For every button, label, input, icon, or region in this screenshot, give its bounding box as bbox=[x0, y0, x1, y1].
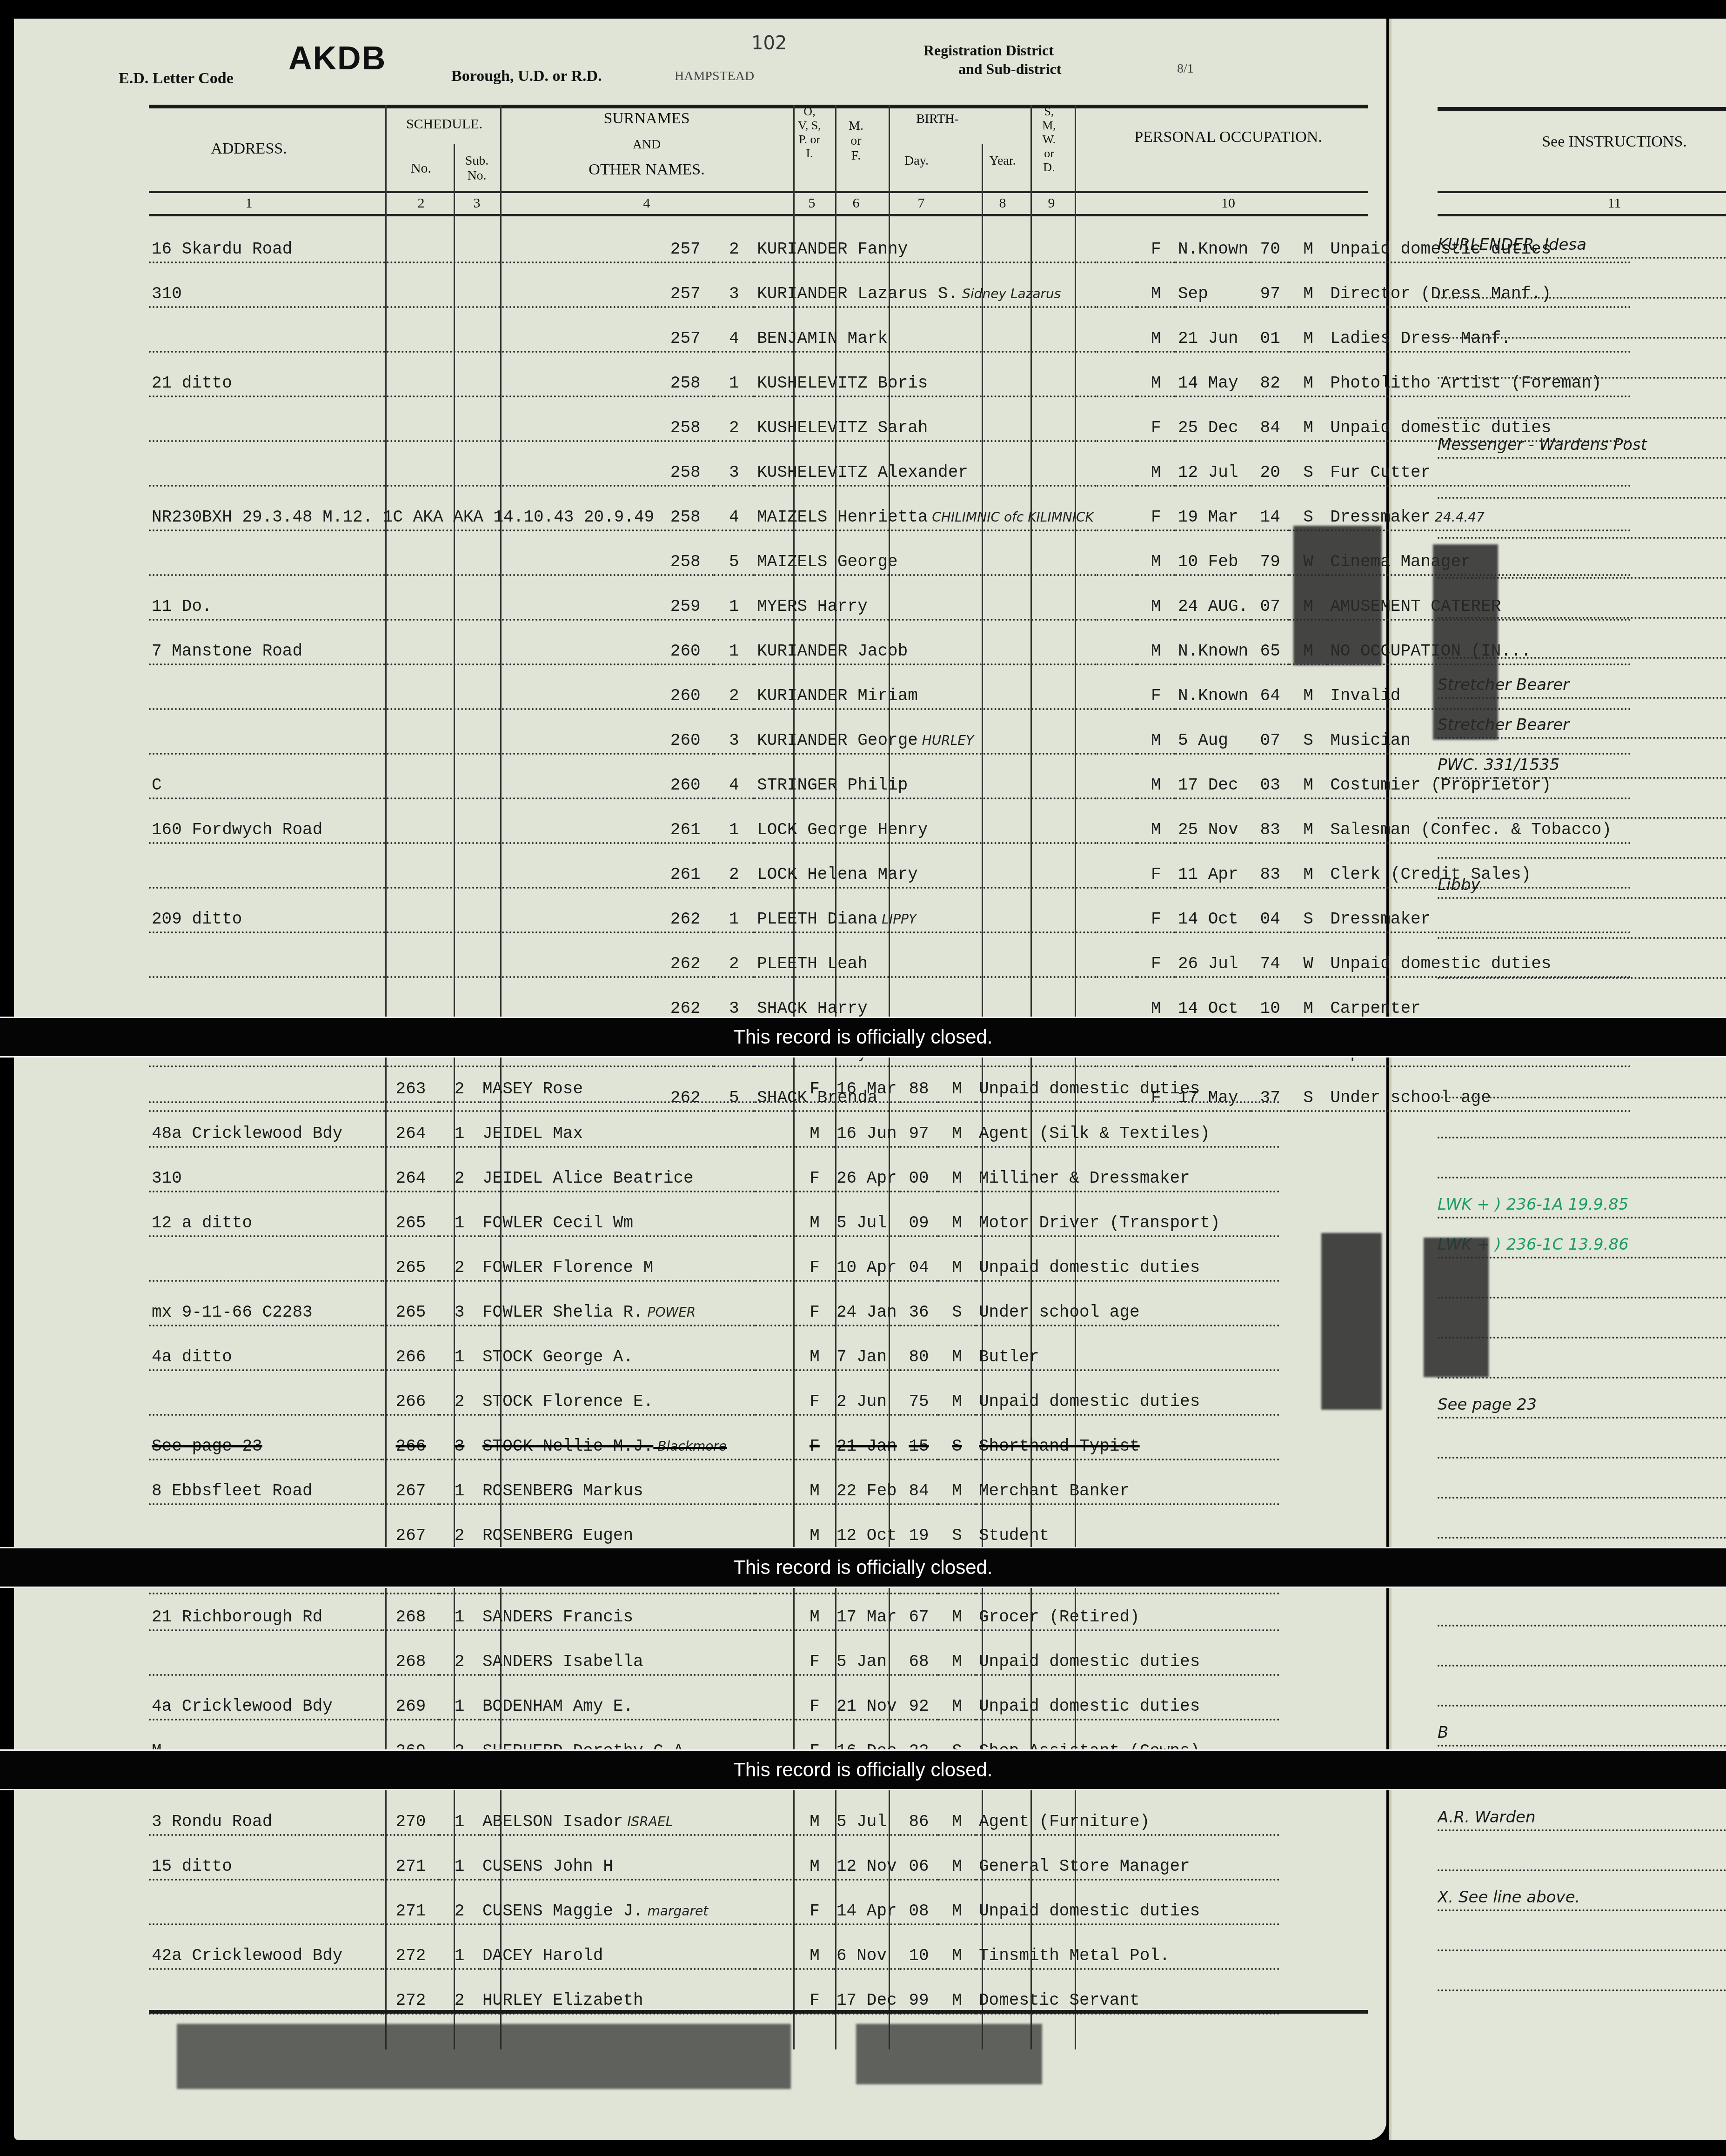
birth-year-cell: 67 bbox=[900, 1587, 938, 1630]
instructions-cell bbox=[1438, 1951, 1726, 1991]
colnum-11: 11 bbox=[1517, 195, 1712, 211]
name-cell: KURIANDER Fanny bbox=[754, 219, 1097, 262]
ovspi-cell bbox=[1097, 486, 1137, 530]
register-block-1: 16 Skardu Road2572KURIANDER FannyFN.Know… bbox=[149, 219, 1631, 1112]
birth-day-cell: 25 Dec bbox=[1175, 396, 1251, 441]
address-cell: 12 a ditto bbox=[149, 1192, 382, 1236]
col-occupation: PERSONAL OCCUPATION. bbox=[1089, 128, 1368, 146]
occupation-text: Dressmaker bbox=[1330, 910, 1431, 929]
birth-year-cell: 36 bbox=[900, 1281, 938, 1326]
register-row: 2662STOCK Florence E.F2 Jun75MUnpaid dom… bbox=[149, 1370, 1279, 1415]
occupation-text: Unpaid domestic duties bbox=[979, 1392, 1200, 1411]
marital-cell: S bbox=[938, 1415, 976, 1460]
ovspi-cell bbox=[1097, 709, 1137, 754]
occupation-text: Tinsmith Metal Pol. bbox=[979, 1946, 1170, 1965]
name-cell: MAIZELS Henrietta CHILIMNIC ofc KILIMNIC… bbox=[754, 486, 1097, 530]
instructions-cell bbox=[1438, 1459, 1726, 1499]
name-cell: JEIDEL Max bbox=[480, 1102, 755, 1147]
sex-cell: M bbox=[796, 1326, 834, 1370]
instructions-cell bbox=[1438, 819, 1726, 859]
address-cell: 3 Rondu Road bbox=[149, 1791, 382, 1835]
address-cell: 8 Ebbsfleet Road bbox=[149, 1460, 382, 1504]
schedule-sub-cell: 3 bbox=[714, 977, 754, 1022]
address-cell: 4a ditto bbox=[149, 1326, 382, 1370]
schedule-no-cell: 264 bbox=[382, 1147, 439, 1192]
name-text: FOWLER Shelia R. bbox=[482, 1303, 643, 1322]
sex-cell: M bbox=[796, 1791, 834, 1835]
schedule-no-cell: 261 bbox=[657, 798, 714, 843]
schedule-no-cell: 261 bbox=[657, 843, 714, 888]
birth-year-cell: 88 bbox=[900, 1058, 938, 1102]
name-text: BENJAMIN Mark bbox=[757, 329, 888, 348]
sex-cell: M bbox=[796, 1102, 834, 1147]
name-text: STOCK George A. bbox=[482, 1347, 633, 1366]
colnum-9: 9 bbox=[1037, 195, 1065, 211]
birth-day-cell: 17 Dec bbox=[1175, 754, 1251, 798]
name-cell: MASEY Rose bbox=[480, 1058, 755, 1102]
occupation-text: Carpenter bbox=[1330, 999, 1420, 1018]
name-cell: KURIANDER Miriam bbox=[754, 664, 1097, 709]
ovspi-cell bbox=[755, 1415, 796, 1460]
schedule-no-cell: 272 bbox=[382, 1969, 439, 2014]
register-row: 2632MASEY RoseF16 Mar88MUnpaid domestic … bbox=[149, 1058, 1279, 1102]
occupation-cell: Agent (Silk & Textiles) bbox=[976, 1102, 1279, 1147]
name-text: BODENHAM Amy E. bbox=[482, 1697, 633, 1716]
register-row: 2712CUSENS Maggie J. margaretF14 Apr08MU… bbox=[149, 1880, 1279, 1924]
name-cell: STOCK Nellie M.J. Blackmore bbox=[480, 1415, 755, 1460]
colhead-rule-right bbox=[1438, 191, 1726, 193]
instructions-cell bbox=[1438, 1138, 1726, 1178]
register-row: 2603KURIANDER George HURLEYM5 Aug07SMusi… bbox=[149, 709, 1631, 754]
ovspi-cell bbox=[755, 1675, 796, 1720]
schedule-sub-cell: 2 bbox=[439, 1058, 480, 1102]
address-cell: 7 Manstone Road bbox=[149, 620, 657, 664]
name-cell: MYERS Harry bbox=[754, 575, 1097, 620]
instructions-cell bbox=[1438, 1911, 1726, 1951]
instructions-block-3: B bbox=[1438, 1587, 1726, 1747]
marital-cell: S bbox=[1289, 441, 1327, 486]
sex-cell: M bbox=[1137, 575, 1175, 620]
name-text: JEIDEL Max bbox=[482, 1124, 583, 1143]
colnum-6: 6 bbox=[844, 195, 868, 211]
address-cell: See page 23 bbox=[149, 1415, 382, 1460]
ovspi-cell bbox=[755, 1835, 796, 1880]
col-address: ADDRESS. bbox=[149, 140, 349, 158]
sex-cell: M bbox=[796, 1587, 834, 1630]
reg-district-label: Registration District bbox=[923, 42, 1054, 59]
name-text: KUSHELEVITZ Alexander bbox=[757, 463, 968, 482]
schedule-no-cell: 260 bbox=[657, 620, 714, 664]
sex-cell: F bbox=[796, 1281, 834, 1326]
instructions-cell bbox=[1438, 939, 1726, 979]
birth-day-cell: 5 Jan bbox=[834, 1630, 900, 1675]
instructions-cell bbox=[1438, 979, 1726, 1019]
occupation-text: Dressmaker bbox=[1330, 508, 1431, 527]
occupation-text: Agent (Silk & Textiles) bbox=[979, 1124, 1210, 1143]
address-cell: 11 Do. bbox=[149, 575, 657, 620]
register-row: 15 ditto2711CUSENS John HM12 Nov06MGener… bbox=[149, 1835, 1279, 1880]
register-row: 4a ditto2661STOCK George A.M7 Jan80MButl… bbox=[149, 1326, 1279, 1370]
schedule-no-cell: 269 bbox=[382, 1675, 439, 1720]
ovspi-cell bbox=[1097, 352, 1137, 396]
register-block-2: 2632MASEY RoseF16 Mar88MUnpaid domestic … bbox=[149, 1058, 1279, 1594]
birth-year-cell: 04 bbox=[1251, 888, 1289, 932]
name-text: MYERS Harry bbox=[757, 597, 868, 616]
name-text: KUSHELEVITZ Boris bbox=[757, 374, 928, 393]
instructions-cell bbox=[1438, 379, 1726, 419]
occupation-cell: Motor Driver (Transport) bbox=[976, 1192, 1279, 1236]
occupation-cell: General Store Manager bbox=[976, 1835, 1279, 1880]
name-cell: BODENHAM Amy E. bbox=[480, 1675, 755, 1720]
name-annotation: HURLEY bbox=[918, 733, 974, 748]
sex-cell: M bbox=[796, 1835, 834, 1880]
marital-cell: M bbox=[938, 1058, 976, 1102]
marital-cell: S bbox=[938, 1504, 976, 1549]
col-schedule-no: No. bbox=[395, 161, 447, 177]
address-cell bbox=[149, 1630, 382, 1675]
name-text: KURIANDER George bbox=[757, 731, 918, 750]
marital-cell: M bbox=[1289, 307, 1327, 352]
occupation-text: Shorthand Typist bbox=[979, 1437, 1140, 1456]
birth-year-cell: 65 bbox=[1251, 620, 1289, 664]
instructions-cell bbox=[1438, 1419, 1726, 1459]
ovspi-cell bbox=[755, 1102, 796, 1147]
marital-cell: W bbox=[1289, 932, 1327, 977]
marital-cell: M bbox=[1289, 754, 1327, 798]
schedule-sub-cell: 2 bbox=[439, 1370, 480, 1415]
register-row: 2623SHACK HarryM14 Oct10MCarpenter bbox=[149, 977, 1631, 1022]
instructions-cell: A.R. Warden bbox=[1438, 1791, 1726, 1831]
marital-cell: M bbox=[938, 1835, 976, 1880]
register-row: 2672ROSENBERG EugenM12 Oct19SStudent bbox=[149, 1504, 1279, 1549]
schedule-sub-cell: 2 bbox=[439, 1969, 480, 2014]
birth-year-cell: 20 bbox=[1251, 441, 1289, 486]
marital-cell: M bbox=[938, 1791, 976, 1835]
occupation-text: Merchant Banker bbox=[979, 1481, 1130, 1500]
sex-cell: F bbox=[1137, 219, 1175, 262]
birth-day-cell: 2 Jun bbox=[834, 1370, 900, 1415]
colnum-10: 10 bbox=[1089, 195, 1368, 211]
name-cell: FOWLER Florence M bbox=[480, 1236, 755, 1281]
address-cell: 21 ditto bbox=[149, 352, 657, 396]
birth-day-cell: 21 Nov bbox=[834, 1675, 900, 1720]
birth-year-cell: 00 bbox=[900, 1147, 938, 1192]
name-text: SANDERS Francis bbox=[482, 1607, 633, 1627]
address-cell bbox=[149, 1236, 382, 1281]
marital-cell: M bbox=[938, 1192, 976, 1236]
register-row: 48a Cricklewood Bdy2641JEIDEL MaxM16 Jun… bbox=[149, 1102, 1279, 1147]
sex-cell: F bbox=[796, 1147, 834, 1192]
occupation-text: General Store Manager bbox=[979, 1857, 1190, 1876]
birth-day-cell: 21 Jan bbox=[834, 1415, 900, 1460]
name-text: MAIZELS George bbox=[757, 552, 897, 571]
instructions-cell: X. See line above. bbox=[1438, 1871, 1726, 1911]
ovspi-cell bbox=[1097, 798, 1137, 843]
birth-year-cell: 86 bbox=[900, 1791, 938, 1835]
name-text: STRINGER Philip bbox=[757, 776, 908, 795]
occupation-text: Fur Cutter bbox=[1330, 463, 1431, 482]
col-birth-year: Year. bbox=[984, 154, 1021, 168]
marital-cell: S bbox=[1289, 486, 1327, 530]
instructions-cell bbox=[1438, 299, 1726, 339]
name-annotation: CHILIMNIC ofc KILIMNICK bbox=[928, 509, 1093, 525]
instructions-cell bbox=[1438, 899, 1726, 939]
occupation-text: Unpaid domestic duties bbox=[979, 1079, 1200, 1098]
schedule-no-cell: 258 bbox=[657, 441, 714, 486]
ovspi-cell bbox=[755, 1147, 796, 1192]
instructions-cell bbox=[1438, 339, 1726, 379]
occupation-text: Unpaid domestic duties bbox=[979, 1258, 1200, 1277]
page-number: 102 bbox=[751, 33, 787, 54]
name-cell: HURLEY Elizabeth bbox=[480, 1969, 755, 2014]
instructions-cell bbox=[1438, 499, 1726, 539]
ink-stain bbox=[1293, 526, 1382, 665]
occupation-cell: Unpaid domestic duties bbox=[976, 1370, 1279, 1415]
address-cell bbox=[149, 1504, 382, 1549]
name-cell: SANDERS Francis bbox=[480, 1587, 755, 1630]
schedule-no-cell: 264 bbox=[382, 1102, 439, 1147]
sex-cell: F bbox=[796, 1370, 834, 1415]
sex-cell: M bbox=[796, 1460, 834, 1504]
register-row: mx 9-11-66 C22832653FOWLER Shelia R. POW… bbox=[149, 1281, 1279, 1326]
sex-cell: F bbox=[1137, 888, 1175, 932]
occupation-text: Student bbox=[979, 1526, 1049, 1545]
schedule-sub-cell: 3 bbox=[439, 1281, 480, 1326]
birth-year-cell: 79 bbox=[1251, 530, 1289, 575]
col-birth: BIRTH- bbox=[898, 112, 977, 127]
occupation-cell: Butler bbox=[976, 1326, 1279, 1370]
name-text: CUSENS John H bbox=[482, 1857, 613, 1876]
marital-cell: M bbox=[938, 1587, 976, 1630]
schedule-no-cell: 262 bbox=[657, 932, 714, 977]
name-cell: SHACK Harry bbox=[754, 977, 1097, 1022]
name-cell: ROSENBERG Markus bbox=[480, 1460, 755, 1504]
instructions-cell bbox=[1438, 779, 1726, 819]
birth-day-cell: 12 Nov bbox=[834, 1835, 900, 1880]
register-row: 209 ditto2621PLEETH Diana LIPPYF14 Oct04… bbox=[149, 888, 1631, 932]
col-birth-day: Day. bbox=[893, 154, 940, 168]
schedule-no-cell: 266 bbox=[382, 1370, 439, 1415]
sex-cell: M bbox=[1137, 977, 1175, 1022]
register-row: 21 ditto2581KUSHELEVITZ BorisM14 May82MP… bbox=[149, 352, 1631, 396]
register-row: 3 Rondu Road2701ABELSON Isador ISRAELM5 … bbox=[149, 1791, 1279, 1835]
name-cell: KURIANDER Lazarus S. Sidney Lazarus bbox=[754, 262, 1097, 307]
name-text: PLEETH Diana bbox=[757, 910, 877, 929]
ed-letter-code-label: E.D. Letter Code bbox=[119, 70, 234, 87]
name-text: FOWLER Cecil Wm bbox=[482, 1213, 633, 1232]
occupation-cell: Tinsmith Metal Pol. bbox=[976, 1924, 1279, 1969]
birth-day-cell: 11 Apr bbox=[1175, 843, 1251, 888]
name-cell: STOCK Florence E. bbox=[480, 1370, 755, 1415]
ovspi-cell bbox=[1097, 620, 1137, 664]
occupation-text: Milliner & Dressmaker bbox=[979, 1169, 1190, 1188]
address-cell: 310 bbox=[149, 262, 657, 307]
birth-year-cell: 84 bbox=[1251, 396, 1289, 441]
address-cell: 21 Richborough Rd bbox=[149, 1587, 382, 1630]
name-cell: KUSHELEVITZ Boris bbox=[754, 352, 1097, 396]
schedule-sub-cell: 2 bbox=[714, 219, 754, 262]
name-text: KURIANDER Lazarus S. bbox=[757, 284, 958, 303]
schedule-no-cell: 257 bbox=[657, 307, 714, 352]
name-annotation: Sidney Lazarus bbox=[958, 286, 1061, 301]
schedule-sub-cell: 3 bbox=[439, 1415, 480, 1460]
birth-year-cell: 07 bbox=[1251, 709, 1289, 754]
occupation-text: Agent (Furniture) bbox=[979, 1812, 1150, 1831]
sex-cell: M bbox=[1137, 798, 1175, 843]
schedule-sub-cell: 2 bbox=[439, 1147, 480, 1192]
birth-day-cell: N.Known bbox=[1175, 664, 1251, 709]
marital-cell: S bbox=[1289, 1066, 1327, 1111]
ovspi-cell bbox=[755, 1969, 796, 2014]
occupation-text: Under school age bbox=[979, 1303, 1140, 1322]
marital-cell: M bbox=[1289, 843, 1327, 888]
name-text: PLEETH Leah bbox=[757, 954, 868, 973]
schedule-sub-cell: 5 bbox=[714, 530, 754, 575]
name-cell: KURIANDER Jacob bbox=[754, 620, 1097, 664]
instructions-cell: LWK + ) 236-1A 19.9.85 bbox=[1438, 1178, 1726, 1219]
birth-day-cell: 5 Jul bbox=[834, 1791, 900, 1835]
marital-cell: M bbox=[938, 1880, 976, 1924]
schedule-no-cell: 258 bbox=[657, 486, 714, 530]
schedule-no-cell: 267 bbox=[382, 1504, 439, 1549]
name-cell: KUSHELEVITZ Sarah bbox=[754, 396, 1097, 441]
marital-cell: M bbox=[938, 1460, 976, 1504]
instructions-cell: B bbox=[1438, 1707, 1726, 1747]
register-row: C2604STRINGER PhilipM17 Dec03MCostumier … bbox=[149, 754, 1631, 798]
marital-cell: S bbox=[938, 1281, 976, 1326]
address-cell bbox=[149, 977, 657, 1022]
birth-day-cell: 22 Feb bbox=[834, 1460, 900, 1504]
sex-cell: M bbox=[796, 1924, 834, 1969]
birth-day-cell: 12 Jul bbox=[1175, 441, 1251, 486]
birth-year-cell: 68 bbox=[900, 1630, 938, 1675]
birth-year-cell: 97 bbox=[900, 1102, 938, 1147]
birth-day-cell: Sep bbox=[1175, 262, 1251, 307]
marital-cell: M bbox=[938, 1147, 976, 1192]
colnum-rule-right bbox=[1438, 214, 1726, 216]
register-row: 8 Ebbsfleet Road2671ROSENBERG MarkusM22 … bbox=[149, 1460, 1279, 1504]
address-cell bbox=[149, 932, 657, 977]
birth-day-cell: 14 Oct bbox=[1175, 977, 1251, 1022]
schedule-sub-cell: 1 bbox=[439, 1192, 480, 1236]
schedule-no-cell: 265 bbox=[382, 1281, 439, 1326]
name-annotation: ISRAEL bbox=[623, 1814, 673, 1829]
birth-day-cell: 24 Jan bbox=[834, 1281, 900, 1326]
marital-cell: M bbox=[1289, 352, 1327, 396]
birth-day-cell: 16 Jun bbox=[834, 1102, 900, 1147]
schedule-sub-cell: 2 bbox=[714, 932, 754, 977]
marital-cell: M bbox=[938, 1326, 976, 1370]
schedule-sub-cell: 1 bbox=[439, 1675, 480, 1720]
name-cell: LOCK Helena Mary bbox=[754, 843, 1097, 888]
schedule-sub-cell: 1 bbox=[439, 1587, 480, 1630]
schedule-no-cell: 260 bbox=[657, 709, 714, 754]
marital-cell: M bbox=[938, 1102, 976, 1147]
schedule-no-cell: 268 bbox=[382, 1587, 439, 1630]
name-cell: KUSHELEVITZ Alexander bbox=[754, 441, 1097, 486]
birth-year-cell: 64 bbox=[1251, 664, 1289, 709]
birth-year-cell: 07 bbox=[1251, 575, 1289, 620]
instructions-cell bbox=[1438, 1587, 1726, 1627]
name-cell: CUSENS Maggie J. margaret bbox=[480, 1880, 755, 1924]
sex-cell: M bbox=[796, 1504, 834, 1549]
birth-day-cell: 14 May bbox=[1175, 352, 1251, 396]
name-text: DACEY Harold bbox=[482, 1946, 603, 1965]
ovspi-cell bbox=[755, 1326, 796, 1370]
address-cell bbox=[149, 1880, 382, 1924]
ovspi-cell bbox=[1097, 575, 1137, 620]
address-cell: 42a Cricklewood Bdy bbox=[149, 1924, 382, 1969]
instructions-cell bbox=[1438, 1058, 1726, 1098]
ovspi-cell bbox=[755, 1236, 796, 1281]
occupation-text: Motor Driver (Transport) bbox=[979, 1213, 1220, 1232]
schedule-sub-cell: 1 bbox=[714, 575, 754, 620]
col-schedule-sub: Sub. No. bbox=[456, 154, 498, 183]
colnum-4: 4 bbox=[512, 195, 782, 211]
sex-cell: F bbox=[1137, 396, 1175, 441]
col-schedule: SCHEDULE. bbox=[386, 116, 502, 133]
birth-year-cell: 80 bbox=[900, 1326, 938, 1370]
birth-day-cell: 25 Nov bbox=[1175, 798, 1251, 843]
birth-year-cell: 14 bbox=[1251, 486, 1289, 530]
ovspi-cell bbox=[755, 1587, 796, 1630]
instructions-cell: PWC. 331/1535 bbox=[1438, 739, 1726, 779]
name-text: MASEY Rose bbox=[482, 1079, 583, 1098]
name-text: KUSHELEVITZ Sarah bbox=[757, 418, 928, 437]
occupation-text: Domestic Servant bbox=[979, 1991, 1140, 2010]
name-text: STOCK Florence E. bbox=[482, 1392, 653, 1411]
ovspi-cell bbox=[755, 1370, 796, 1415]
schedule-no-cell: 260 bbox=[657, 664, 714, 709]
register-row: 16 Skardu Road2572KURIANDER FannyFN.Know… bbox=[149, 219, 1631, 262]
schedule-no-cell: 272 bbox=[382, 1924, 439, 1969]
col-surnames-1: SURNAMES bbox=[512, 109, 782, 127]
birth-day-cell: 6 Nov bbox=[834, 1924, 900, 1969]
register-row: 160 Fordwych Road2611LOCK George HenryM2… bbox=[149, 798, 1631, 843]
marital-cell: M bbox=[938, 1969, 976, 2014]
register-row: 7 Manstone Road2601KURIANDER JacobMN.Kno… bbox=[149, 620, 1631, 664]
address-cell bbox=[149, 1969, 382, 2014]
register-row: 2682SANDERS IsabellaF5 Jan68MUnpaid dome… bbox=[149, 1630, 1279, 1675]
schedule-sub-cell: 2 bbox=[439, 1504, 480, 1549]
schedule-no-cell: 267 bbox=[382, 1460, 439, 1504]
schedule-no-cell: 257 bbox=[657, 219, 714, 262]
schedule-sub-cell: 2 bbox=[714, 664, 754, 709]
birth-day-cell: 17 Dec bbox=[834, 1969, 900, 2014]
address-cell: 4a Cricklewood Bdy bbox=[149, 1675, 382, 1720]
address-cell bbox=[149, 664, 657, 709]
name-text: SANDERS Isabella bbox=[482, 1652, 643, 1671]
register-row: See page 232663STOCK Nellie M.J. Blackmo… bbox=[149, 1415, 1279, 1460]
register-row: 2585MAIZELS GeorgeM10 Feb79WCinema Manag… bbox=[149, 530, 1631, 575]
ovspi-cell bbox=[1097, 530, 1137, 575]
name-text: LOCK Helena Mary bbox=[757, 865, 918, 884]
address-cell bbox=[149, 441, 657, 486]
sex-cell: M bbox=[796, 1192, 834, 1236]
address-cell bbox=[149, 530, 657, 575]
marital-cell: M bbox=[938, 1924, 976, 1969]
schedule-sub-cell: 1 bbox=[439, 1460, 480, 1504]
marital-cell: M bbox=[1289, 664, 1327, 709]
birth-year-cell: 06 bbox=[900, 1835, 938, 1880]
address-cell bbox=[149, 1370, 382, 1415]
name-annotation: LIPPY bbox=[877, 911, 917, 927]
name-cell: JEIDEL Alice Beatrice bbox=[480, 1147, 755, 1192]
name-text: HURLEY Elizabeth bbox=[482, 1991, 643, 2010]
birth-year-cell: 09 bbox=[900, 1192, 938, 1236]
birth-day-cell: 24 AUG. bbox=[1175, 575, 1251, 620]
marital-cell: M bbox=[1289, 262, 1327, 307]
